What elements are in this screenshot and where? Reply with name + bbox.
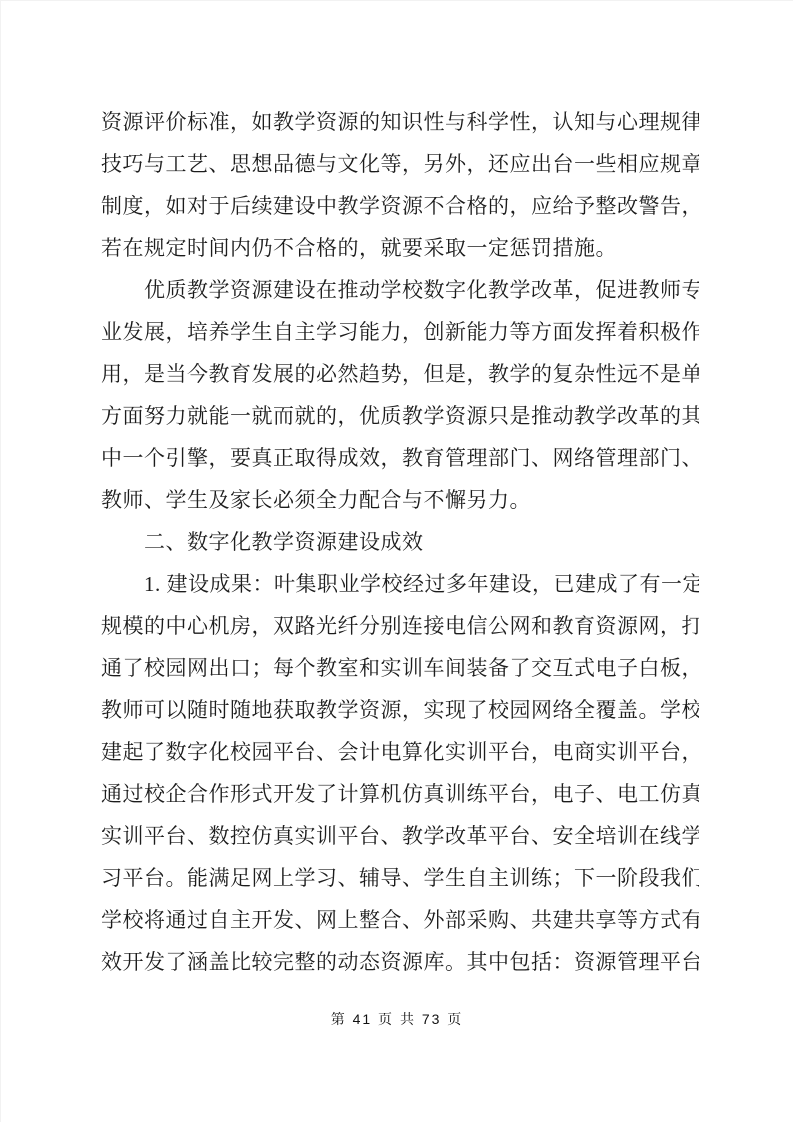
text-line: 通了校园网出口；每个教室和实训车间装备了交互式电子白板， <box>101 647 699 689</box>
page-number: 第 41 页 共 73 页 <box>331 1011 464 1027</box>
text-line: 1. 建设成果：叶集职业学校经过多年建设，已建成了有一定 <box>101 563 699 605</box>
text-line: 若在规定时间内仍不合格的，就要采取一定惩罚措施。 <box>101 227 699 269</box>
text-line: 学校将通过自主开发、网上整合、外部采购、共建共享等方式有 <box>101 899 699 941</box>
text-line: 用，是当今教育发展的必然趋势，但是，教学的复杂性远不是单 <box>101 353 699 395</box>
text-line: 业发展，培养学生自主学习能力，创新能力等方面发挥着积极作 <box>101 311 699 353</box>
text-line: 规模的中心机房，双路光纤分别连接电信公网和教育资源网，打 <box>101 605 699 647</box>
text-line: 中一个引擎，要真正取得成效，教育管理部门、网络管理部门、 <box>101 437 699 479</box>
section-heading-text: 二、数字化教学资源建设成效 <box>101 521 699 563</box>
text-line: 习平台。能满足网上学习、辅导、学生自主训练；下一阶段我们 <box>101 857 699 899</box>
page-footer: 第 41 页 共 73 页 <box>1 1009 793 1029</box>
text-line: 技巧与工艺、思想品德与文化等，另外，还应出台一些相应规章 <box>101 143 699 185</box>
text-line: 资源评价标准，如教学资源的知识性与科学性，认知与心理规律、 <box>101 101 699 143</box>
body-text: 资源评价标准，如教学资源的知识性与科学性，认知与心理规律、 技巧与工艺、思想品德… <box>101 101 699 983</box>
text-line: 教师、学生及家长必须全力配合与不懈另力。 <box>101 479 699 521</box>
text-line: 通过校企合作形式开发了计算机仿真训练平台，电子、电工仿真 <box>101 773 699 815</box>
paragraph-achievements: 1. 建设成果：叶集职业学校经过多年建设，已建成了有一定 规模的中心机房，双路光… <box>101 563 699 983</box>
text-line: 方面努力就能一就而就的，优质教学资源只是推动教学改革的其 <box>101 395 699 437</box>
text-line: 效开发了涵盖比较完整的动态资源库。其中包括：资源管理平台、 <box>101 941 699 983</box>
text-line: 优质教学资源建设在推动学校数字化教学改革，促进教师专 <box>101 269 699 311</box>
text-line: 建起了数字化校园平台、会计电算化实训平台，电商实训平台， <box>101 731 699 773</box>
section-heading: 二、数字化教学资源建设成效 <box>101 521 699 563</box>
paragraph-continuation: 资源评价标准，如教学资源的知识性与科学性，认知与心理规律、 技巧与工艺、思想品德… <box>101 101 699 269</box>
text-line: 教师可以随时随地获取教学资源，实现了校园网络全覆盖。学校 <box>101 689 699 731</box>
text-line: 制度，如对于后续建设中教学资源不合格的，应给予整改警告， <box>101 185 699 227</box>
document-page: 资源评价标准，如教学资源的知识性与科学性，认知与心理规律、 技巧与工艺、思想品德… <box>0 0 793 1122</box>
paragraph-importance: 优质教学资源建设在推动学校数字化教学改革，促进教师专 业发展，培养学生自主学习能… <box>101 269 699 521</box>
text-line: 实训平台、数控仿真实训平台、教学改革平台、安全培训在线学 <box>101 815 699 857</box>
